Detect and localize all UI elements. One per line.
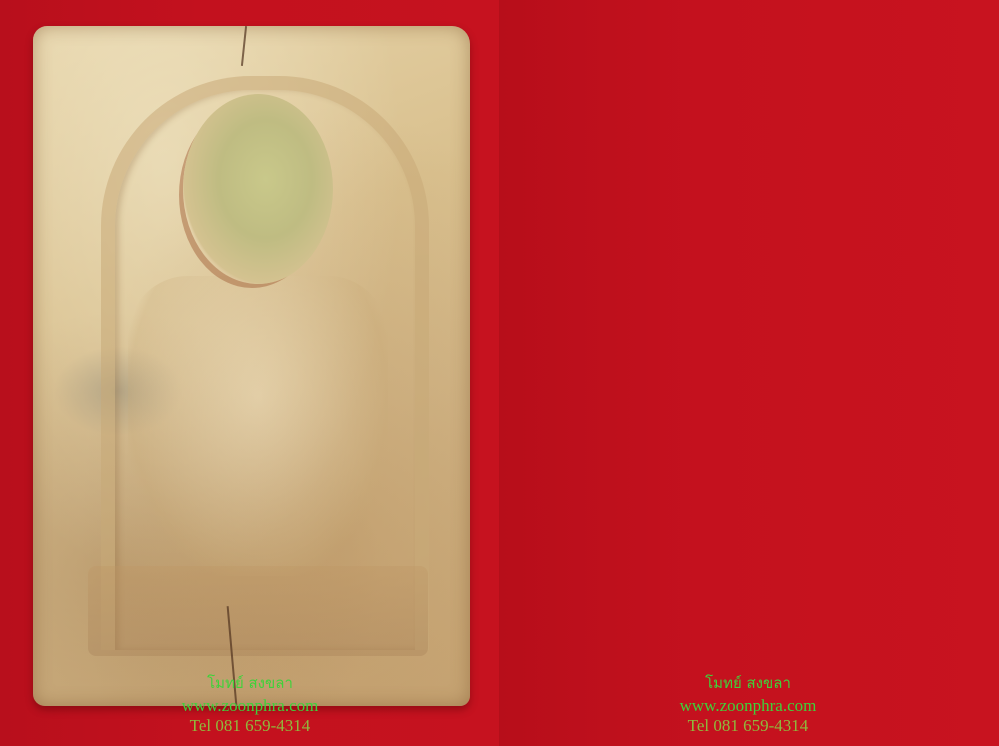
amulet-front (33, 26, 470, 706)
monk-body (128, 276, 388, 576)
watermark-name: โมทย์ สงขลา (618, 676, 878, 695)
front-panel: โมทย์ สงขลา www.zoonphra.com Tel 081 659… (0, 0, 500, 746)
watermark-name: โมทย์ สงขลา (120, 676, 380, 695)
crack (241, 26, 247, 66)
back-panel: โมทย์ สงขลา www.zoonphra.com Tel 081 659… (500, 0, 999, 746)
watermark-front: โมทย์ สงขลา www.zoonphra.com Tel 081 659… (120, 676, 380, 734)
watermark-back: โมทย์ สงขลา www.zoonphra.com Tel 081 659… (618, 676, 878, 734)
watermark-website: www.zoonphra.com (120, 697, 380, 714)
watermark-phone: Tel 081 659-4314 (120, 717, 380, 734)
watermark-phone: Tel 081 659-4314 (618, 717, 878, 734)
figure-base (88, 566, 428, 656)
watermark-website: www.zoonphra.com (618, 697, 878, 714)
amulet-photo: โมทย์ สงขลา www.zoonphra.com Tel 081 659… (0, 0, 999, 746)
monk-head (183, 94, 333, 284)
